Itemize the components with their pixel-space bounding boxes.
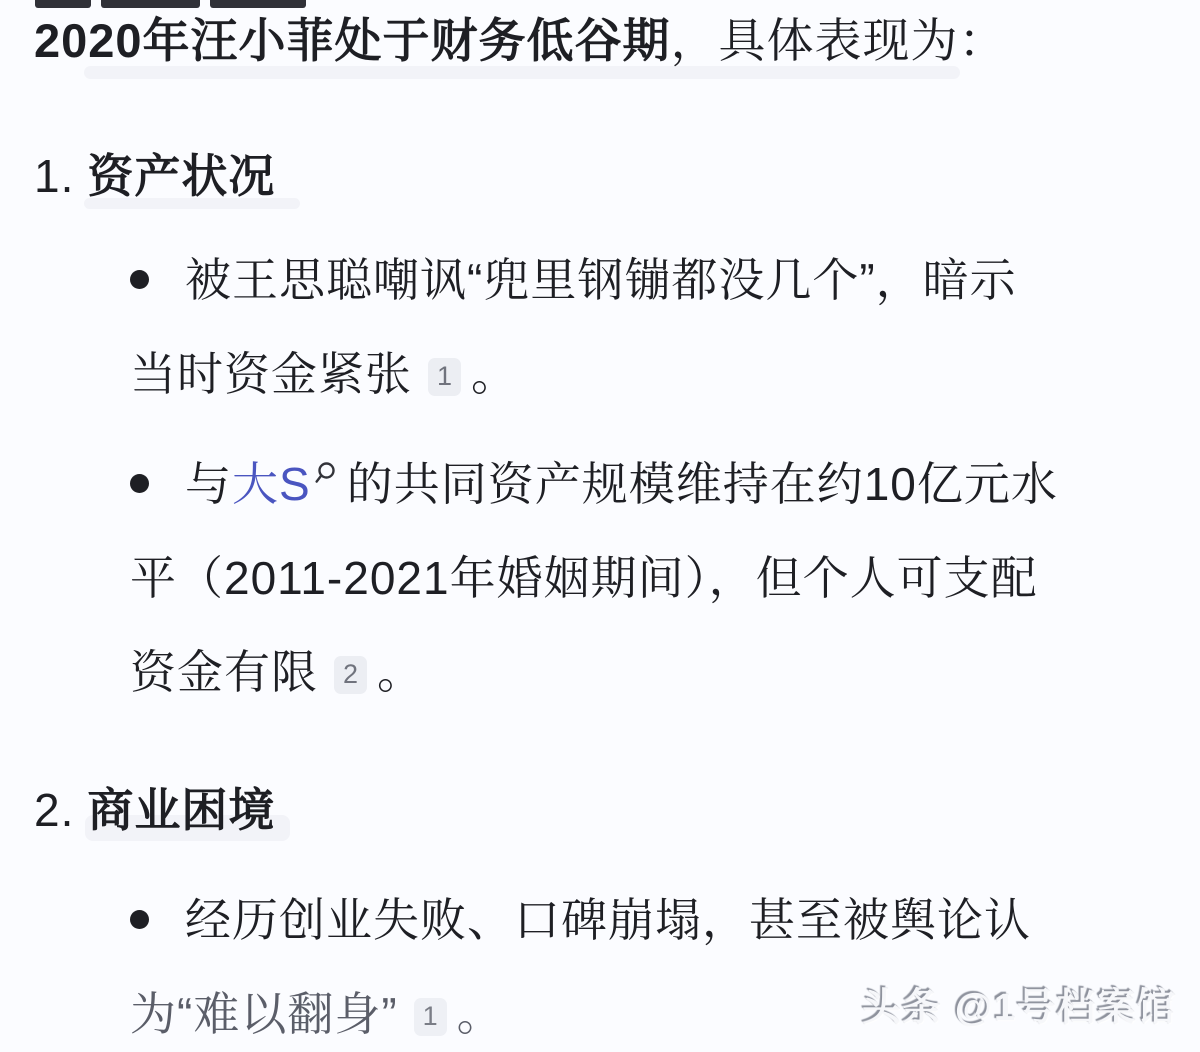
bullet-text: 被王思聪嘲讽“兜里钢镚都没几个”，暗示 (185, 254, 1017, 306)
search-icon[interactable] (313, 461, 337, 485)
bullet-dot-icon (130, 458, 185, 510)
bullet-text: 当时资金紧张 (130, 348, 412, 400)
citation-badge-1[interactable]: 1 (428, 358, 461, 396)
entity-link-da-s[interactable]: 大S (232, 458, 311, 510)
toutiao-watermark: 头条 @1号档案馆 (862, 986, 1177, 1030)
period: 。 (471, 348, 518, 400)
section-2-heading: 2.商业困境 (34, 784, 275, 836)
period: 。 (377, 646, 424, 698)
period: 。 (457, 988, 504, 1040)
bullet-text: 的共同资产规模维持在约10亿元水 (347, 458, 1058, 510)
bullet-line: 平（2011-2021年婚姻期间），但个人可支配 (130, 552, 1180, 604)
bullet-dot-icon (130, 254, 185, 306)
bullet-line: 被王思聪嘲讽“兜里钢镚都没几个”，暗示 (130, 254, 1180, 306)
bullet-text: 与 (185, 458, 232, 510)
bullet-text: 为“难以翻身” (130, 988, 398, 1040)
section-1-number: 1. (34, 150, 74, 202)
bullet-line: 当时资金紧张1。 (130, 348, 1180, 400)
bullet-item-joint-assets: 与大S 的共同资产规模维持在约10亿元水 平（2011-2021年婚姻期间），但… (130, 458, 1180, 698)
cropped-text-remnant (101, 0, 200, 8)
section-2-title: 商业困境 (87, 784, 275, 836)
bullet-line: 资金有限2。 (130, 646, 1180, 698)
section-2-number: 2. (34, 784, 74, 836)
citation-badge-2[interactable]: 2 (334, 656, 367, 694)
article-screenshot: { "colors": { "background": "#fbfcff", "… (0, 0, 1200, 1052)
bullet-text: 经历创业失败、口碑崩塌，甚至被舆论认 (185, 894, 1031, 946)
cropped-text-remnant (35, 0, 91, 8)
bullet-dot-icon (130, 894, 185, 946)
bullet-item-mockery: 被王思聪嘲讽“兜里钢镚都没几个”，暗示 当时资金紧张1。 (130, 254, 1180, 400)
section-1-heading: 1.资产状况 (34, 150, 275, 202)
cropped-text-remnant (210, 0, 306, 8)
title-rest-text: ，具体表现为： (671, 14, 1007, 67)
bullet-text: 资金有限 (130, 646, 318, 698)
bullet-line: 经历创业失败、口碑崩塌，甚至被舆论认 (130, 894, 1180, 946)
bullet-text: 平（2011-2021年婚姻期间），但个人可支配 (130, 552, 1038, 604)
citation-badge-1[interactable]: 1 (414, 998, 447, 1036)
title-bold-text: 2020年汪小菲处于财务低谷期 (34, 14, 671, 67)
page-title: 2020年汪小菲处于财务低谷期，具体表现为： (34, 14, 1180, 68)
section-1-title: 资产状况 (87, 150, 275, 202)
bullet-line: 与大S 的共同资产规模维持在约10亿元水 (130, 458, 1180, 510)
